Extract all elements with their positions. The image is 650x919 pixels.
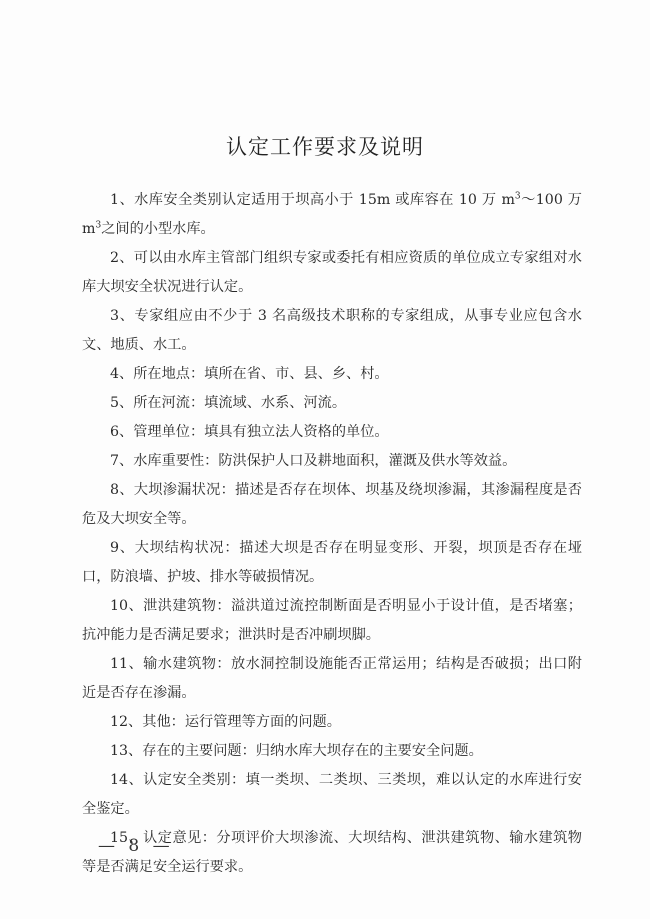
- list-item: 13、存在的主要问题：归纳水库大坝存在的主要安全问题。: [82, 737, 582, 766]
- item-text: 存在的主要问题：归纳水库大坝存在的主要安全问题。: [142, 743, 483, 759]
- list-item: 2、可以由水库主管部门组织专家或委托有相应资质的单位成立专家组对水库大坝安全状况…: [82, 244, 582, 302]
- list-item: 12、其他：运行管理等方面的问题。: [82, 708, 582, 737]
- item-number: 4、: [110, 366, 133, 382]
- list-item: 11、输水建筑物：放水洞控制设施能否正常运用；结构是否破损；出口附近是否存在渗漏…: [82, 650, 582, 708]
- item-number: 9、: [110, 540, 135, 556]
- item-text: 可以由水库主管部门组织专家或委托有相应资质的单位成立专家组对水库大坝安全状况进行…: [82, 250, 582, 295]
- list-item: 6、管理单位：填具有独立法人资格的单位。: [82, 418, 582, 447]
- item-number: 3、: [110, 308, 134, 324]
- item-number: 6、: [110, 424, 133, 440]
- page-number: — 8 —: [98, 836, 174, 856]
- item-text: 输水建筑物：放水洞控制设施能否正常运用；结构是否破损；出口附近是否存在渗漏。: [82, 656, 582, 701]
- item-number: 14、: [110, 772, 143, 788]
- item-text: 认定安全类别：填一类坝、二类坝、三类坝，难以认定的水库进行安全鉴定。: [82, 772, 582, 817]
- item-number: 8、: [110, 482, 134, 498]
- item-number: 10、: [110, 598, 143, 614]
- item-text: 其他：运行管理等方面的问题。: [142, 714, 341, 730]
- list-item: 14、认定安全类别：填一类坝、二类坝、三类坝，难以认定的水库进行安全鉴定。: [82, 766, 582, 824]
- item-number: 2、: [110, 250, 134, 266]
- item-number: 13、: [110, 743, 142, 759]
- item-number: 12、: [110, 714, 142, 730]
- item-number: 11、: [110, 656, 143, 672]
- item-text: 所在河流：填流域、水系、河流。: [133, 395, 346, 411]
- item-text: 水库安全类别认定适用于坝高小于 15m 或库容在 10 万 m: [134, 192, 515, 208]
- page-title: 认定工作要求及说明: [0, 131, 650, 161]
- item-number: 5、: [110, 395, 133, 411]
- list-item: 9、大坝结构状况：描述大坝是否存在明显变形、开裂，坝顶是否存在垭口，防浪墙、护坡…: [82, 534, 582, 592]
- item-text: 泄洪建筑物：溢洪道过流控制断面是否明显小于设计值，是否堵塞；抗冲能力是否满足要求…: [82, 598, 582, 643]
- item-text: 管理单位：填具有独立法人资格的单位。: [133, 424, 388, 440]
- item-text: 大坝渗漏状况：描述是否存在坝体、坝基及绕坝渗漏，其渗漏程度是否危及大坝安全等。: [82, 482, 582, 527]
- item-text: 水库重要性：防洪保护人口及耕地面积，灌溉及供水等效益。: [133, 453, 516, 469]
- document-page: 认定工作要求及说明 1、水库安全类别认定适用于坝高小于 15m 或库容在 10 …: [0, 0, 650, 919]
- requirements-list: 1、水库安全类别认定适用于坝高小于 15m 或库容在 10 万 m3～100 万…: [82, 186, 582, 882]
- item-text: 大坝结构状况：描述大坝是否存在明显变形、开裂，坝顶是否存在垭口，防浪墙、护坡、排…: [82, 540, 582, 585]
- list-item: 7、水库重要性：防洪保护人口及耕地面积，灌溉及供水等效益。: [82, 447, 582, 476]
- list-item: 8、大坝渗漏状况：描述是否存在坝体、坝基及绕坝渗漏，其渗漏程度是否危及大坝安全等…: [82, 476, 582, 534]
- list-item: 10、泄洪建筑物：溢洪道过流控制断面是否明显小于设计值，是否堵塞；抗冲能力是否满…: [82, 592, 582, 650]
- list-item: 5、所在河流：填流域、水系、河流。: [82, 389, 582, 418]
- list-item: 1、水库安全类别认定适用于坝高小于 15m 或库容在 10 万 m3～100 万…: [82, 186, 582, 244]
- item-number: 7、: [110, 453, 133, 469]
- item-text: 专家组应由不少于 3 名高级技术职称的专家组成，从事专业应包含水文、地质、水工。: [82, 308, 582, 353]
- list-item: 4、所在地点：填所在省、市、县、乡、村。: [82, 360, 582, 389]
- item-text: 之间的小型水库。: [101, 221, 215, 237]
- item-number: 1、: [110, 192, 134, 208]
- item-text: 所在地点：填所在省、市、县、乡、村。: [133, 366, 388, 382]
- list-item: 3、专家组应由不少于 3 名高级技术职称的专家组成，从事专业应包含水文、地质、水…: [82, 302, 582, 360]
